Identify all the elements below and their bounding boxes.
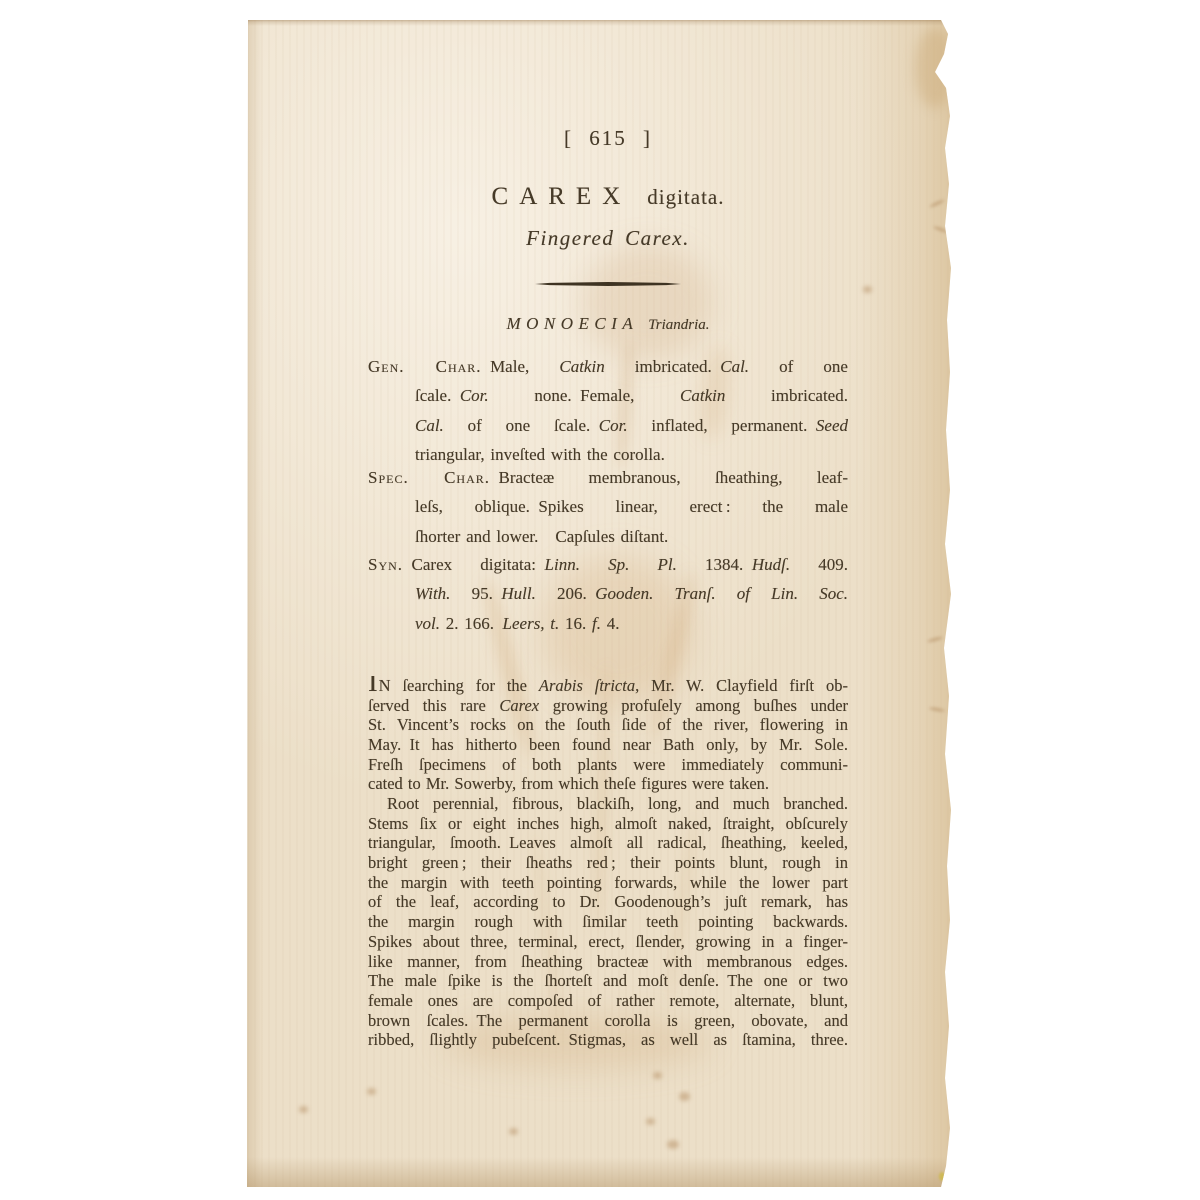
text-line: of the leaf, according to Dr. Goodenough… bbox=[368, 892, 848, 912]
text-line: IN ſearching for the Arabis ſtricta, Mr.… bbox=[368, 676, 848, 696]
scan-background: [ 615 ] CAREXdigitata. Fingered Carex. M… bbox=[0, 0, 1200, 1200]
section-specific-character: Spec. Char. Bracteæ membranous, ſheathin… bbox=[368, 463, 848, 551]
text-line: Freſh ſpecimens of both plants were imme… bbox=[368, 755, 848, 775]
text-line: May. It has hitherto been found near Bat… bbox=[368, 735, 848, 755]
text-line: like manner, from ſheathing bracteæ with… bbox=[368, 952, 848, 972]
text-line: ſhorter and lower. Capſules diſtant. bbox=[368, 522, 848, 551]
text-line: the margin with teeth pointing forwards,… bbox=[368, 873, 848, 893]
text-line: triangular, ſmooth. Leaves almoſt all ra… bbox=[368, 833, 848, 853]
text-line: The male ſpike is the ſhorteſt and moſt … bbox=[368, 971, 848, 991]
text-line: Syn. Carex digitata: Linn. Sp. Pl. 1384.… bbox=[368, 550, 848, 579]
text-line: leſs, oblique. Spikes linear, erect : th… bbox=[368, 492, 848, 521]
text-line: the margin rough with ſimilar teeth poin… bbox=[368, 912, 848, 932]
paragraph-discovery: IN ſearching for the Arabis ſtricta, Mr.… bbox=[368, 676, 848, 794]
common-name: Fingered Carex. bbox=[368, 226, 848, 251]
section-synonyms: Syn. Carex digitata: Linn. Sp. Pl. 1384.… bbox=[368, 550, 848, 638]
linnaean-order: Triandria. bbox=[648, 317, 709, 333]
text-line: ribbed, ſlightly pubeſcent. Stigmas, as … bbox=[368, 1030, 848, 1050]
taxonomy-line: MONOECIATriandria. bbox=[368, 314, 848, 334]
page-text: [ 615 ] CAREXdigitata. Fingered Carex. M… bbox=[247, 20, 953, 1187]
text-line: Spec. Char. Bracteæ membranous, ſheathin… bbox=[368, 463, 848, 492]
text-line: Stems ſix or eight inches high, almoſt n… bbox=[368, 814, 848, 834]
swelled-rule-divider bbox=[535, 282, 681, 286]
text-line: vol. 2. 166. Leers, t. 16. f. 4. bbox=[368, 609, 848, 638]
page-number: [ 615 ] bbox=[368, 126, 848, 151]
page-title: CAREXdigitata. bbox=[368, 183, 848, 211]
text-line: cated to Mr. Sowerby, from which theſe f… bbox=[368, 774, 848, 794]
text-line: St. Vincent’s rocks on the ſouth ſide of… bbox=[368, 715, 848, 735]
text-line: brown ſcales. The permanent corolla is g… bbox=[368, 1011, 848, 1031]
text-line: With. 95. Hull. 206. Gooden. Tranſ. of L… bbox=[368, 579, 848, 608]
text-line: Cal. of one ſcale. Cor. inflated, perman… bbox=[368, 411, 848, 440]
text-line: female ones are compoſed of rather remot… bbox=[368, 991, 848, 1011]
text-line: Root perennial, fibrous, blackiſh, long,… bbox=[368, 794, 848, 814]
text-line: ſcale. Cor. none. Female, Catkin imbrica… bbox=[368, 381, 848, 410]
book-page: [ 615 ] CAREXdigitata. Fingered Carex. M… bbox=[247, 20, 953, 1187]
linnaean-class: MONOECIA bbox=[506, 314, 638, 333]
text-line: Spikes about three, terminal, erect, ſle… bbox=[368, 932, 848, 952]
text-line: ſerved this rare Carex growing profuſely… bbox=[368, 696, 848, 716]
genus-name: CAREX bbox=[492, 183, 632, 210]
section-generic-character: Gen. Char. Male, Catkin imbricated. Cal.… bbox=[368, 352, 848, 470]
text-line: bright green ; their ſheaths red ; their… bbox=[368, 853, 848, 873]
species-epithet: digitata. bbox=[647, 185, 724, 209]
text-line: Gen. Char. Male, Catkin imbricated. Cal.… bbox=[368, 352, 848, 381]
paragraph-description: Root perennial, fibrous, blackiſh, long,… bbox=[368, 794, 848, 1050]
